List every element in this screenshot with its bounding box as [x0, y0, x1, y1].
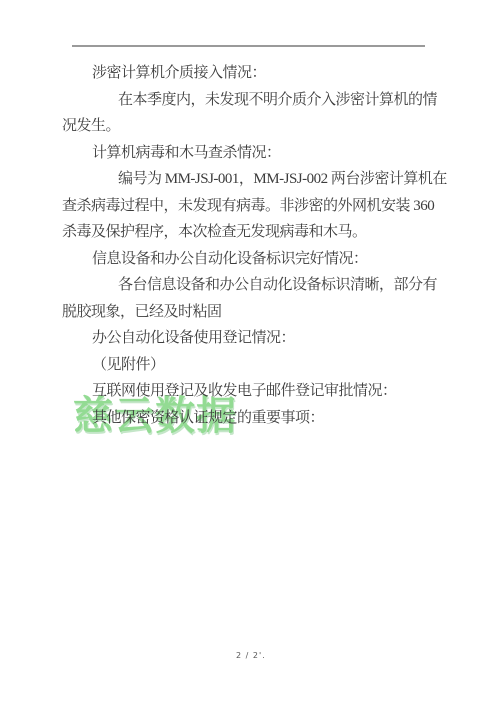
- text-line: 查杀病毒过程中，未发现有病毒。非涉密的外网机安装 360: [62, 193, 442, 220]
- text-line: 计算机病毒和木马查杀情况：: [62, 140, 442, 167]
- text-line: 其他保密资格认证规定的重要事项：: [62, 405, 442, 432]
- text-line: 杀毒及保护程序，本次检查无发现病毒和木马。: [62, 219, 442, 246]
- text-line: 况发生。: [62, 113, 442, 140]
- text-line: 在本季度内，未发现不明介质介入涉密计算机的情: [62, 87, 442, 114]
- header-separator-rule: [72, 45, 425, 47]
- text-line: 脱胶现象，已经及时粘固: [62, 299, 442, 326]
- text-line: 信息设备和办公自动化设备标识完好情况：: [62, 246, 442, 273]
- text-line: （见附件）: [62, 352, 442, 379]
- document-page: 慈云数据 涉密计算机介质接入情况： 在本季度内，未发现不明介质介入涉密计算机的情…: [0, 0, 500, 708]
- text-line: 互联网使用登记及收发电子邮件登记审批情况：: [62, 378, 442, 405]
- text-line: 各台信息设备和办公自动化设备标识清晰，部分有: [62, 272, 442, 299]
- page-number: 2 / 2'.: [236, 651, 266, 660]
- text-line: 办公自动化设备使用登记情况：: [62, 325, 442, 352]
- text-line: 编号为 MM-JSJ-001，MM-JSJ-002 两台涉密计算机在: [62, 166, 442, 193]
- text-line: 涉密计算机介质接入情况：: [62, 60, 442, 87]
- document-body: 涉密计算机介质接入情况： 在本季度内，未发现不明介质介入涉密计算机的情 况发生。…: [62, 60, 442, 431]
